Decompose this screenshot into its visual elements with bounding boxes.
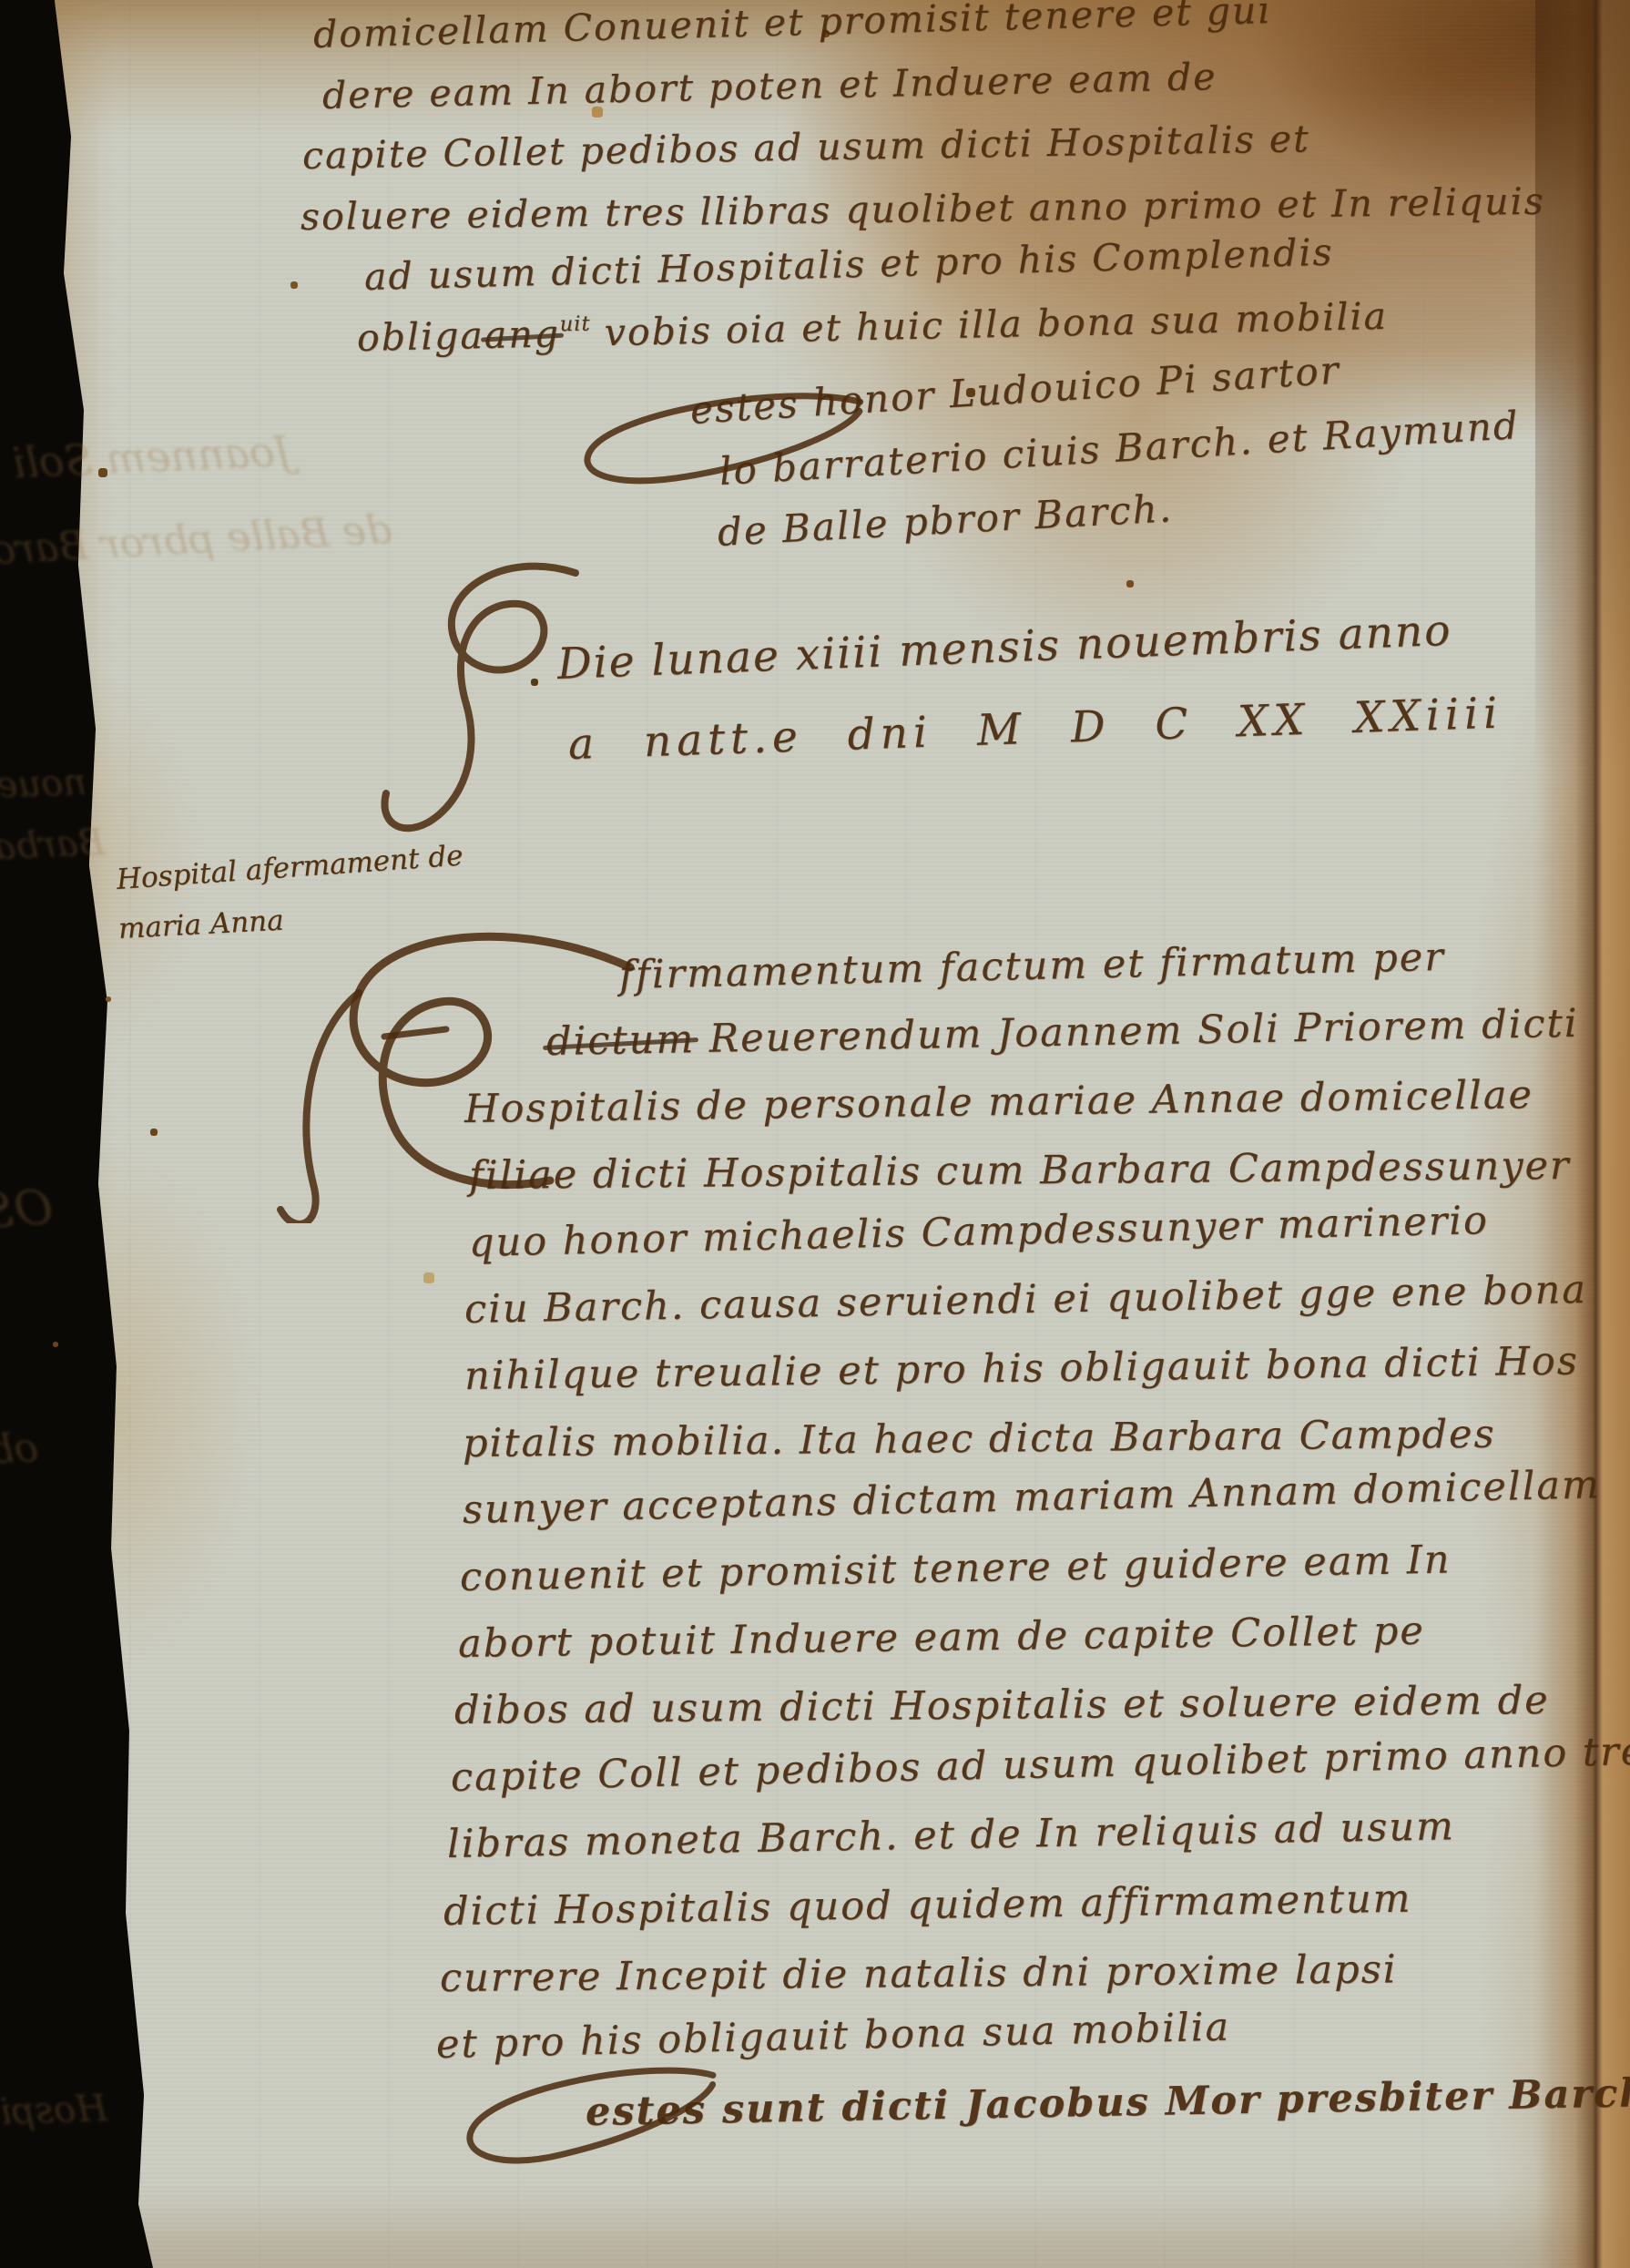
date-initial-flourish <box>364 560 656 861</box>
bleedthrough-writing: obligauit bona sua <box>0 1425 39 1490</box>
spine-shadow <box>1535 0 1630 771</box>
manuscript-scan: Hospital afermament de maria Anna domice… <box>0 0 1630 2268</box>
bleedthrough-writing: OS Barbara anno <box>0 1180 55 1264</box>
bleedthrough-writing: Barbara Camp honor <box>0 822 106 881</box>
ink-specks <box>0 0 2 2</box>
bleedthrough-writing: Hospitalis dicti <box>0 2088 108 2140</box>
manuscript-line: pitalis mobilia. Ita haec dicta Barbara … <box>463 1411 1496 1466</box>
bleedthrough-writing: nouembris anno dni <box>0 761 87 816</box>
manuscript-line: currere Incepit die natalis dni proxime … <box>440 1946 1398 2001</box>
